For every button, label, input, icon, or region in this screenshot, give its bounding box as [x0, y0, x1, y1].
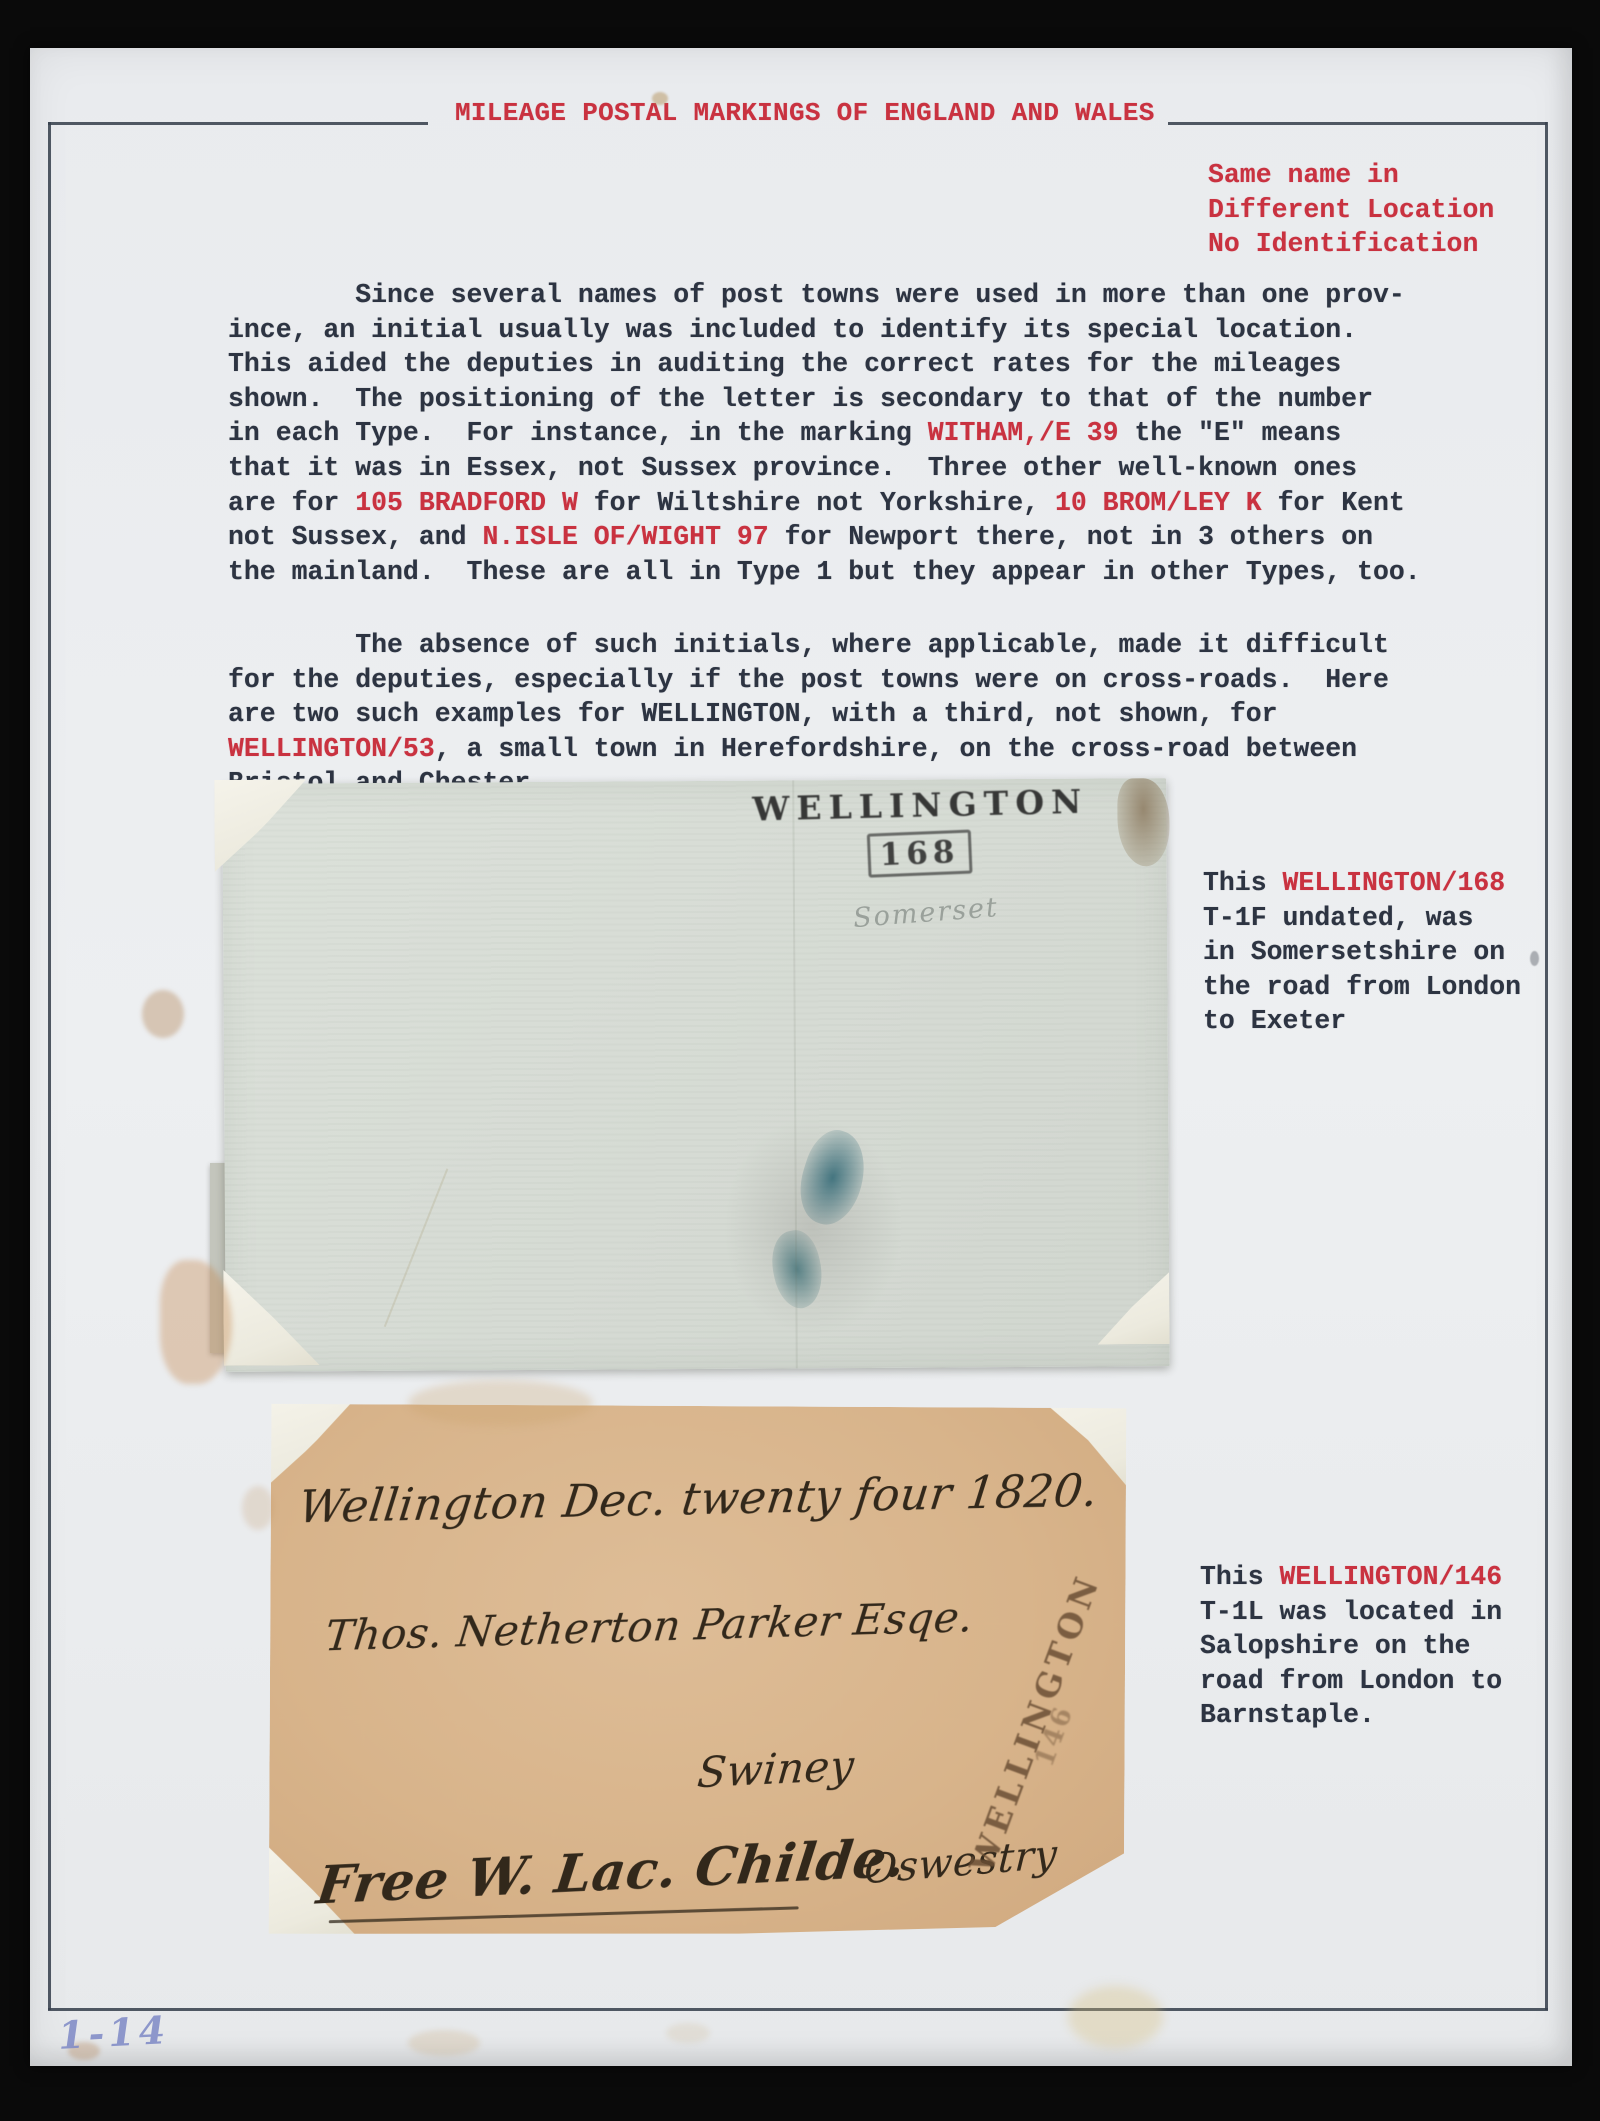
text-line: T-1F undated, was	[1203, 901, 1521, 936]
handwriting-addressee: Thos. Netherton Parker Esqe.	[323, 1592, 976, 1660]
cover-wellington-168: WELLINGTON 168 Somerset	[222, 778, 1170, 1372]
text-line: not Sussex, and N.ISLE OF/WIGHT 97 for N…	[228, 520, 1421, 555]
album-page: MILEAGE POSTAL MARKINGS OF ENGLAND AND W…	[30, 48, 1572, 2066]
text-line: are two such examples for WELLINGTON, wi…	[228, 697, 1389, 732]
handwriting-place-swiney: Swiney	[695, 1741, 856, 1798]
text-line: Salopshire on the	[1200, 1629, 1502, 1664]
text-line: to Exeter	[1203, 1004, 1521, 1039]
text-line: Barnstaple.	[1200, 1698, 1502, 1733]
foxing-stain	[408, 2030, 480, 2056]
text-line: are for 105 BRADFORD W for Wiltshire not…	[228, 486, 1421, 521]
text-line: ince, an initial usually was included to…	[228, 313, 1421, 348]
text-line: the mainland. These are all in Type 1 bu…	[228, 555, 1421, 590]
intro-paragraph: Since several names of post towns were u…	[228, 278, 1421, 589]
foxing-stain	[142, 990, 184, 1038]
section-note: Same name inDifferent LocationNo Identif…	[1208, 158, 1494, 262]
photo-corner	[223, 1269, 320, 1366]
text-line: in Somersetshire on	[1203, 935, 1521, 970]
foxing-stain	[666, 2023, 710, 2043]
text-line: The absence of such initials, where appl…	[228, 628, 1389, 663]
text-line: This WELLINGTON/146	[1200, 1560, 1502, 1595]
postmark-wellington-146-diagonal: WELLINGTON 146	[909, 1557, 1161, 1888]
postmark-town-wellington-146: WELLINGTON	[962, 1568, 1108, 1878]
text-line: Since several names of post towns were u…	[228, 278, 1421, 313]
text-line: in each Type. For instance, in the marki…	[228, 416, 1421, 451]
foxing-stain	[160, 1260, 232, 1384]
page-number-annotation: 1-14	[57, 2007, 170, 2058]
text-line: No Identification	[1208, 227, 1494, 262]
frame-bottom-line	[48, 2008, 1548, 2011]
page-title: MILEAGE POSTAL MARKINGS OF ENGLAND AND W…	[455, 96, 1155, 131]
text-line: the road from London	[1203, 970, 1521, 1005]
cover-wellington-146: Wellington Dec. twenty four 1820. Thos. …	[269, 1404, 1127, 1938]
frame-right-line	[1545, 122, 1548, 2010]
foxing-stain	[652, 92, 668, 105]
text-line: road from London to	[1200, 1664, 1502, 1699]
photo-corner	[1097, 1272, 1169, 1344]
frame-left-line	[48, 122, 51, 2010]
text-line: This aided the deputies in auditing the …	[228, 347, 1421, 382]
pen-tick-mark	[1530, 951, 1539, 966]
caption-wellington-146: This WELLINGTON/146T-1L was located inSa…	[1200, 1560, 1502, 1733]
text-line: T-1L was located in	[1200, 1595, 1502, 1630]
text-line: Different Location	[1208, 193, 1494, 228]
caption-wellington-168: This WELLINGTON/168T-1F undated, wasin S…	[1203, 866, 1521, 1039]
text-line: Same name in	[1208, 158, 1494, 193]
text-line: that it was in Essex, not Sussex provinc…	[228, 451, 1421, 486]
scan-background: { "colors": { "red": "#c93240", "ink": "…	[0, 0, 1600, 2121]
tape-stain	[1117, 778, 1170, 866]
frame-top-left-segment	[48, 122, 428, 125]
photo-corner	[261, 1396, 358, 1493]
free-frank-signature: Free W. Lac. Childe.	[313, 1827, 909, 1916]
foxing-stain	[242, 1486, 274, 1530]
text-line: shown. The positioning of the letter is …	[228, 382, 1421, 417]
pencil-annotation-somerset: Somerset	[852, 892, 1000, 934]
postmark-town-wellington-168: WELLINGTON	[752, 782, 1089, 829]
handwriting-dateline: Wellington Dec. twenty four 1820.	[296, 1464, 1101, 1534]
text-line: WELLINGTON/53, a small town in Herefords…	[228, 732, 1389, 767]
text-line: for the deputies, especially if the post…	[228, 663, 1389, 698]
crease-mark	[384, 1168, 449, 1327]
foxing-stain	[1068, 1986, 1163, 2048]
text-line: This WELLINGTON/168	[1203, 866, 1521, 901]
postmark-number-168: 168	[867, 830, 972, 878]
foxing-stain	[408, 1380, 593, 1426]
frame-top-right-segment	[1168, 122, 1547, 125]
photo-corner	[214, 779, 307, 872]
examples-paragraph: The absence of such initials, where appl…	[228, 628, 1389, 801]
